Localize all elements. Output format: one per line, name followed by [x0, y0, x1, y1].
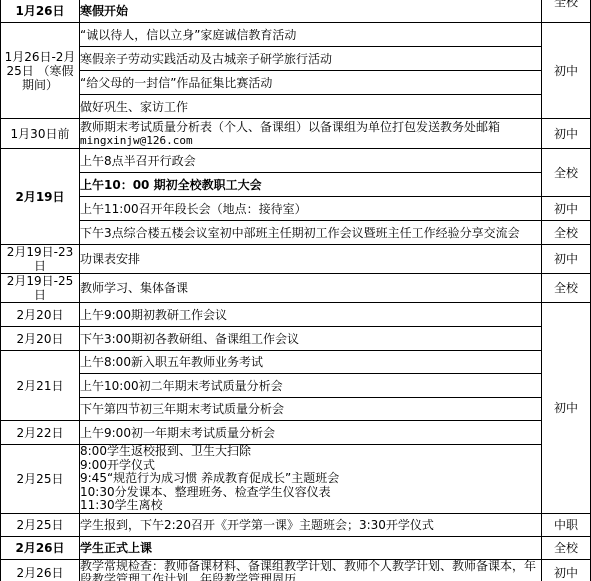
table-row: 2月26日 学生正式上课 全校 [1, 537, 591, 560]
scope-cell: 初中 [542, 197, 591, 221]
date-cell: 2月25日 [1, 514, 80, 537]
table-row: 2月19日 上午8点半召开行政会 全校 [1, 149, 591, 173]
table-row: 1月26日-2月25日 （寒假期间） “诚以待人，信以立身”家庭诚信教育活动 初… [1, 23, 591, 47]
table-row: 2月19日-23日 功课表安排 初中 [1, 245, 591, 274]
date-cell: 2月22日 [1, 421, 80, 445]
activity-cell: 下午第四节初三年期末考试质量分析会 [80, 398, 542, 421]
activity-line: 9:45“规范行为成习惯 养成教育促成长”主题班会 [80, 472, 541, 486]
date-cell: 2月20日 [1, 327, 80, 351]
scope-cell: 初中 [542, 23, 591, 119]
date-cell: 2月19日-23日 [1, 245, 80, 274]
activity-cell: 教学常规检查：教师备课材料、备课组教学计划、教师个人教学计划、教师备课本，年段教… [80, 560, 542, 581]
activity-cell: 上午9:00初一年期末考试质量分析会 [80, 421, 542, 445]
table-row: 1月30日前 教师期末考试质量分析表（个人、备课组）以备课组为单位打包发送教务处… [1, 119, 591, 149]
table-row: 2月20日 上午9:00期初教研工作会议 初中 [1, 303, 591, 327]
activity-cell: 下午3点综合楼五楼会议室初中部班主任期初工作会议暨班主任工作经验分享交流会 [80, 221, 542, 245]
scope-label: 全校 [554, 0, 578, 9]
activity-line: 8:00学生返校报到、卫生大扫除 [80, 445, 541, 459]
scope-cell: 全校 [542, 537, 591, 560]
activity-cell: 功课表安排 [80, 245, 542, 274]
table-row: 做好巩生、家访工作 [1, 95, 591, 119]
table-row: 上午10:00初二年期末考试质量分析会 [1, 374, 591, 398]
scope-cell: 初中 [542, 560, 591, 581]
table-row: 下午第四节初三年期末考试质量分析会 [1, 398, 591, 421]
table-row: 2月22日 上午9:00初一年期末考试质量分析会 [1, 421, 591, 445]
activity-cell: 上午10:00初二年期末考试质量分析会 [80, 374, 542, 398]
activity-line: 11:30学生离校 [80, 499, 541, 513]
activity-cell: 下午3:00期初各教研组、备课组工作会议 [80, 327, 542, 351]
table-row: 2月20日 下午3:00期初各教研组、备课组工作会议 [1, 327, 591, 351]
table-row: 下午3点综合楼五楼会议室初中部班主任期初工作会议暨班主任工作经验分享交流会 全校 [1, 221, 591, 245]
activity-cell: 上午10：00 期初全校教职工大会 [80, 173, 542, 197]
date-cell: 2月25日 [1, 445, 80, 514]
table-row: 2月21日 上午8:00新入职五年教师业务考试 [1, 351, 591, 374]
scope-cell: 全校 [542, 274, 591, 303]
schedule-document: 1月26日 寒假开始 全校 1月26日-2月25日 （寒假期间） “诚以待人，信… [0, 0, 591, 581]
table-row: 2月19日-25日 教师学习、集体备课 全校 [1, 274, 591, 303]
scope-cell: 中职 [542, 514, 591, 537]
date-cell: 2月19日 [1, 149, 80, 245]
activity-cell: “给父母的一封信”作品征集比赛活动 [80, 71, 542, 95]
activity-cell: 上午8:00新入职五年教师业务考试 [80, 351, 542, 374]
schedule-table: 1月26日 寒假开始 全校 1月26日-2月25日 （寒假期间） “诚以待人，信… [0, 0, 591, 581]
activity-cell: 教师学习、集体备课 [80, 274, 542, 303]
activity-cell: 上午9:00期初教研工作会议 [80, 303, 542, 327]
table-row: 上午11:00召开年段长会（地点：接待室） 初中 [1, 197, 591, 221]
table-row: “给父母的一封信”作品征集比赛活动 [1, 71, 591, 95]
activity-cell: 学生报到，下午2:20召开《开学第一课》主题班会；3:30开学仪式 [80, 514, 542, 537]
date-cell: 2月19日-25日 [1, 274, 80, 303]
activity-cell: 寒假开始 [80, 0, 542, 23]
activity-cell: 8:00学生返校报到、卫生大扫除 9:00开学仪式 9:45“规范行为成习惯 养… [80, 445, 542, 514]
activity-text: 教师期末考试质量分析表（个人、备课组）以备课组为单位打包发送教务处邮箱 [80, 120, 500, 134]
activity-cell: 寒假亲子劳动实践活动及古城亲子研学旅行活动 [80, 47, 542, 71]
scope-cell: 全校 [542, 221, 591, 245]
date-cell: 1月26日-2月25日 （寒假期间） [1, 23, 80, 119]
table-row: 寒假亲子劳动实践活动及古城亲子研学旅行活动 [1, 47, 591, 71]
date-cell: 1月26日 [1, 0, 80, 23]
scope-cell: 全校 [542, 149, 591, 197]
scope-cell: 初中 [542, 303, 591, 514]
email-address: mingxinjw@126.com [80, 134, 541, 148]
activity-cell: 教师期末考试质量分析表（个人、备课组）以备课组为单位打包发送教务处邮箱 ming… [80, 119, 542, 149]
table-row: 2月26日 教学常规检查：教师备课材料、备课组教学计划、教师个人教学计划、教师备… [1, 560, 591, 581]
activity-cell: 上午11:00召开年段长会（地点：接待室） [80, 197, 542, 221]
date-cell: 1月30日前 [1, 119, 80, 149]
activity-cell: 做好巩生、家访工作 [80, 95, 542, 119]
date-cell: 2月20日 [1, 303, 80, 327]
table-row: 2月25日 8:00学生返校报到、卫生大扫除 9:00开学仪式 9:45“规范行… [1, 445, 591, 514]
date-cell: 2月26日 [1, 560, 80, 581]
table-row: 1月26日 寒假开始 全校 [1, 0, 591, 23]
activity-cell: 学生正式上课 [80, 537, 542, 560]
activity-cell: “诚以待人，信以立身”家庭诚信教育活动 [80, 23, 542, 47]
table-row: 上午10：00 期初全校教职工大会 [1, 173, 591, 197]
scope-cell: 初中 [542, 245, 591, 274]
scope-cell: 初中 [542, 119, 591, 149]
date-cell: 2月21日 [1, 351, 80, 421]
activity-cell: 上午8点半召开行政会 [80, 149, 542, 173]
date-cell: 2月26日 [1, 537, 80, 560]
scope-cell: 全校 [542, 0, 591, 23]
table-row: 2月25日 学生报到，下午2:20召开《开学第一课》主题班会；3:30开学仪式 … [1, 514, 591, 537]
